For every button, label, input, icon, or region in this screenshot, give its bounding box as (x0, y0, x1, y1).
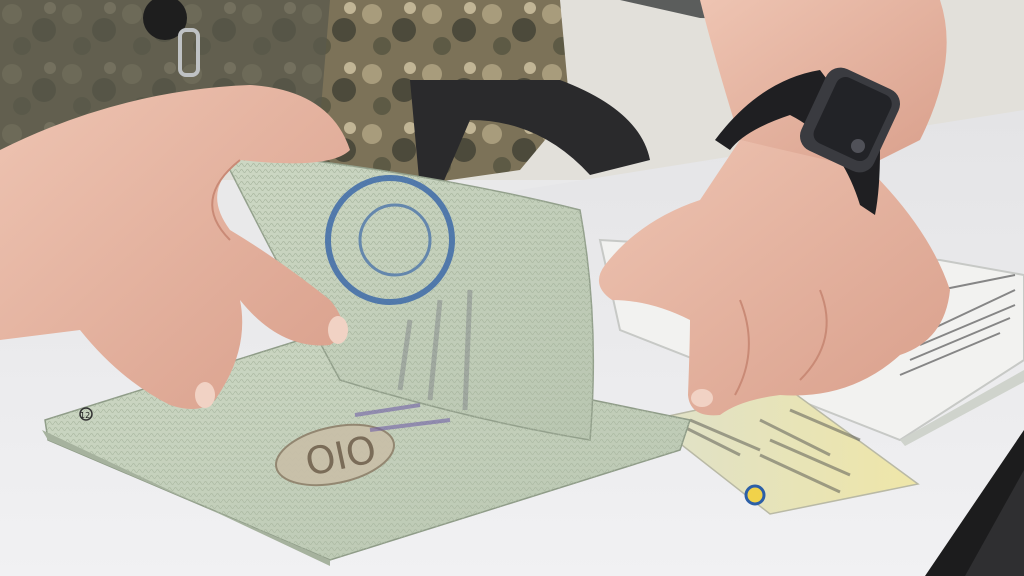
page-number: 12 (80, 411, 90, 420)
photo-illustration: OIO 12 (0, 0, 1024, 576)
licence-badge-icon (746, 486, 764, 504)
photo-scene: OIO 12 (0, 0, 1024, 576)
watch-crown-icon (851, 139, 865, 153)
